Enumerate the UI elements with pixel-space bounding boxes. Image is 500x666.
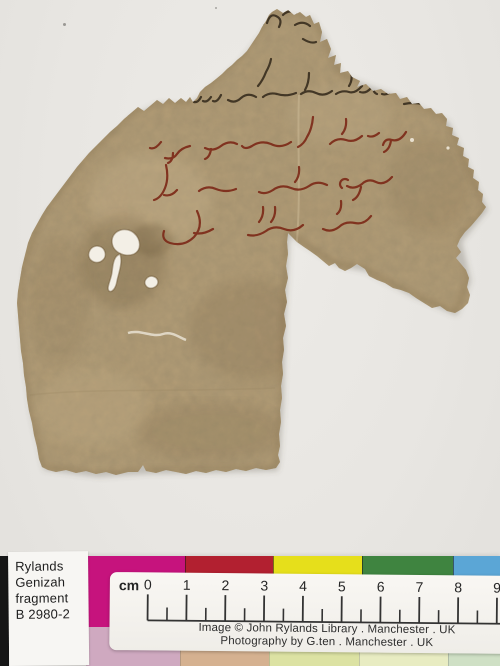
photograph: Rylands Genizah fragment B 2980-2 cm 0 1… [0, 0, 500, 666]
shelfmark-label: Rylands Genizah fragment B 2980-2 [8, 551, 89, 666]
fragment-texture [0, 0, 500, 500]
label-line: Rylands [15, 558, 88, 575]
label-line: fragment [15, 590, 88, 607]
label-line: B 2980-2 [16, 606, 89, 623]
cm-ruler: cm 0 1 2 3 4 5 6 7 8 9 Image © John Ryla… [109, 572, 500, 654]
image-credits: Image © John Rylands Library . Mancheste… [147, 621, 500, 650]
label-line: Genizah [15, 574, 88, 591]
